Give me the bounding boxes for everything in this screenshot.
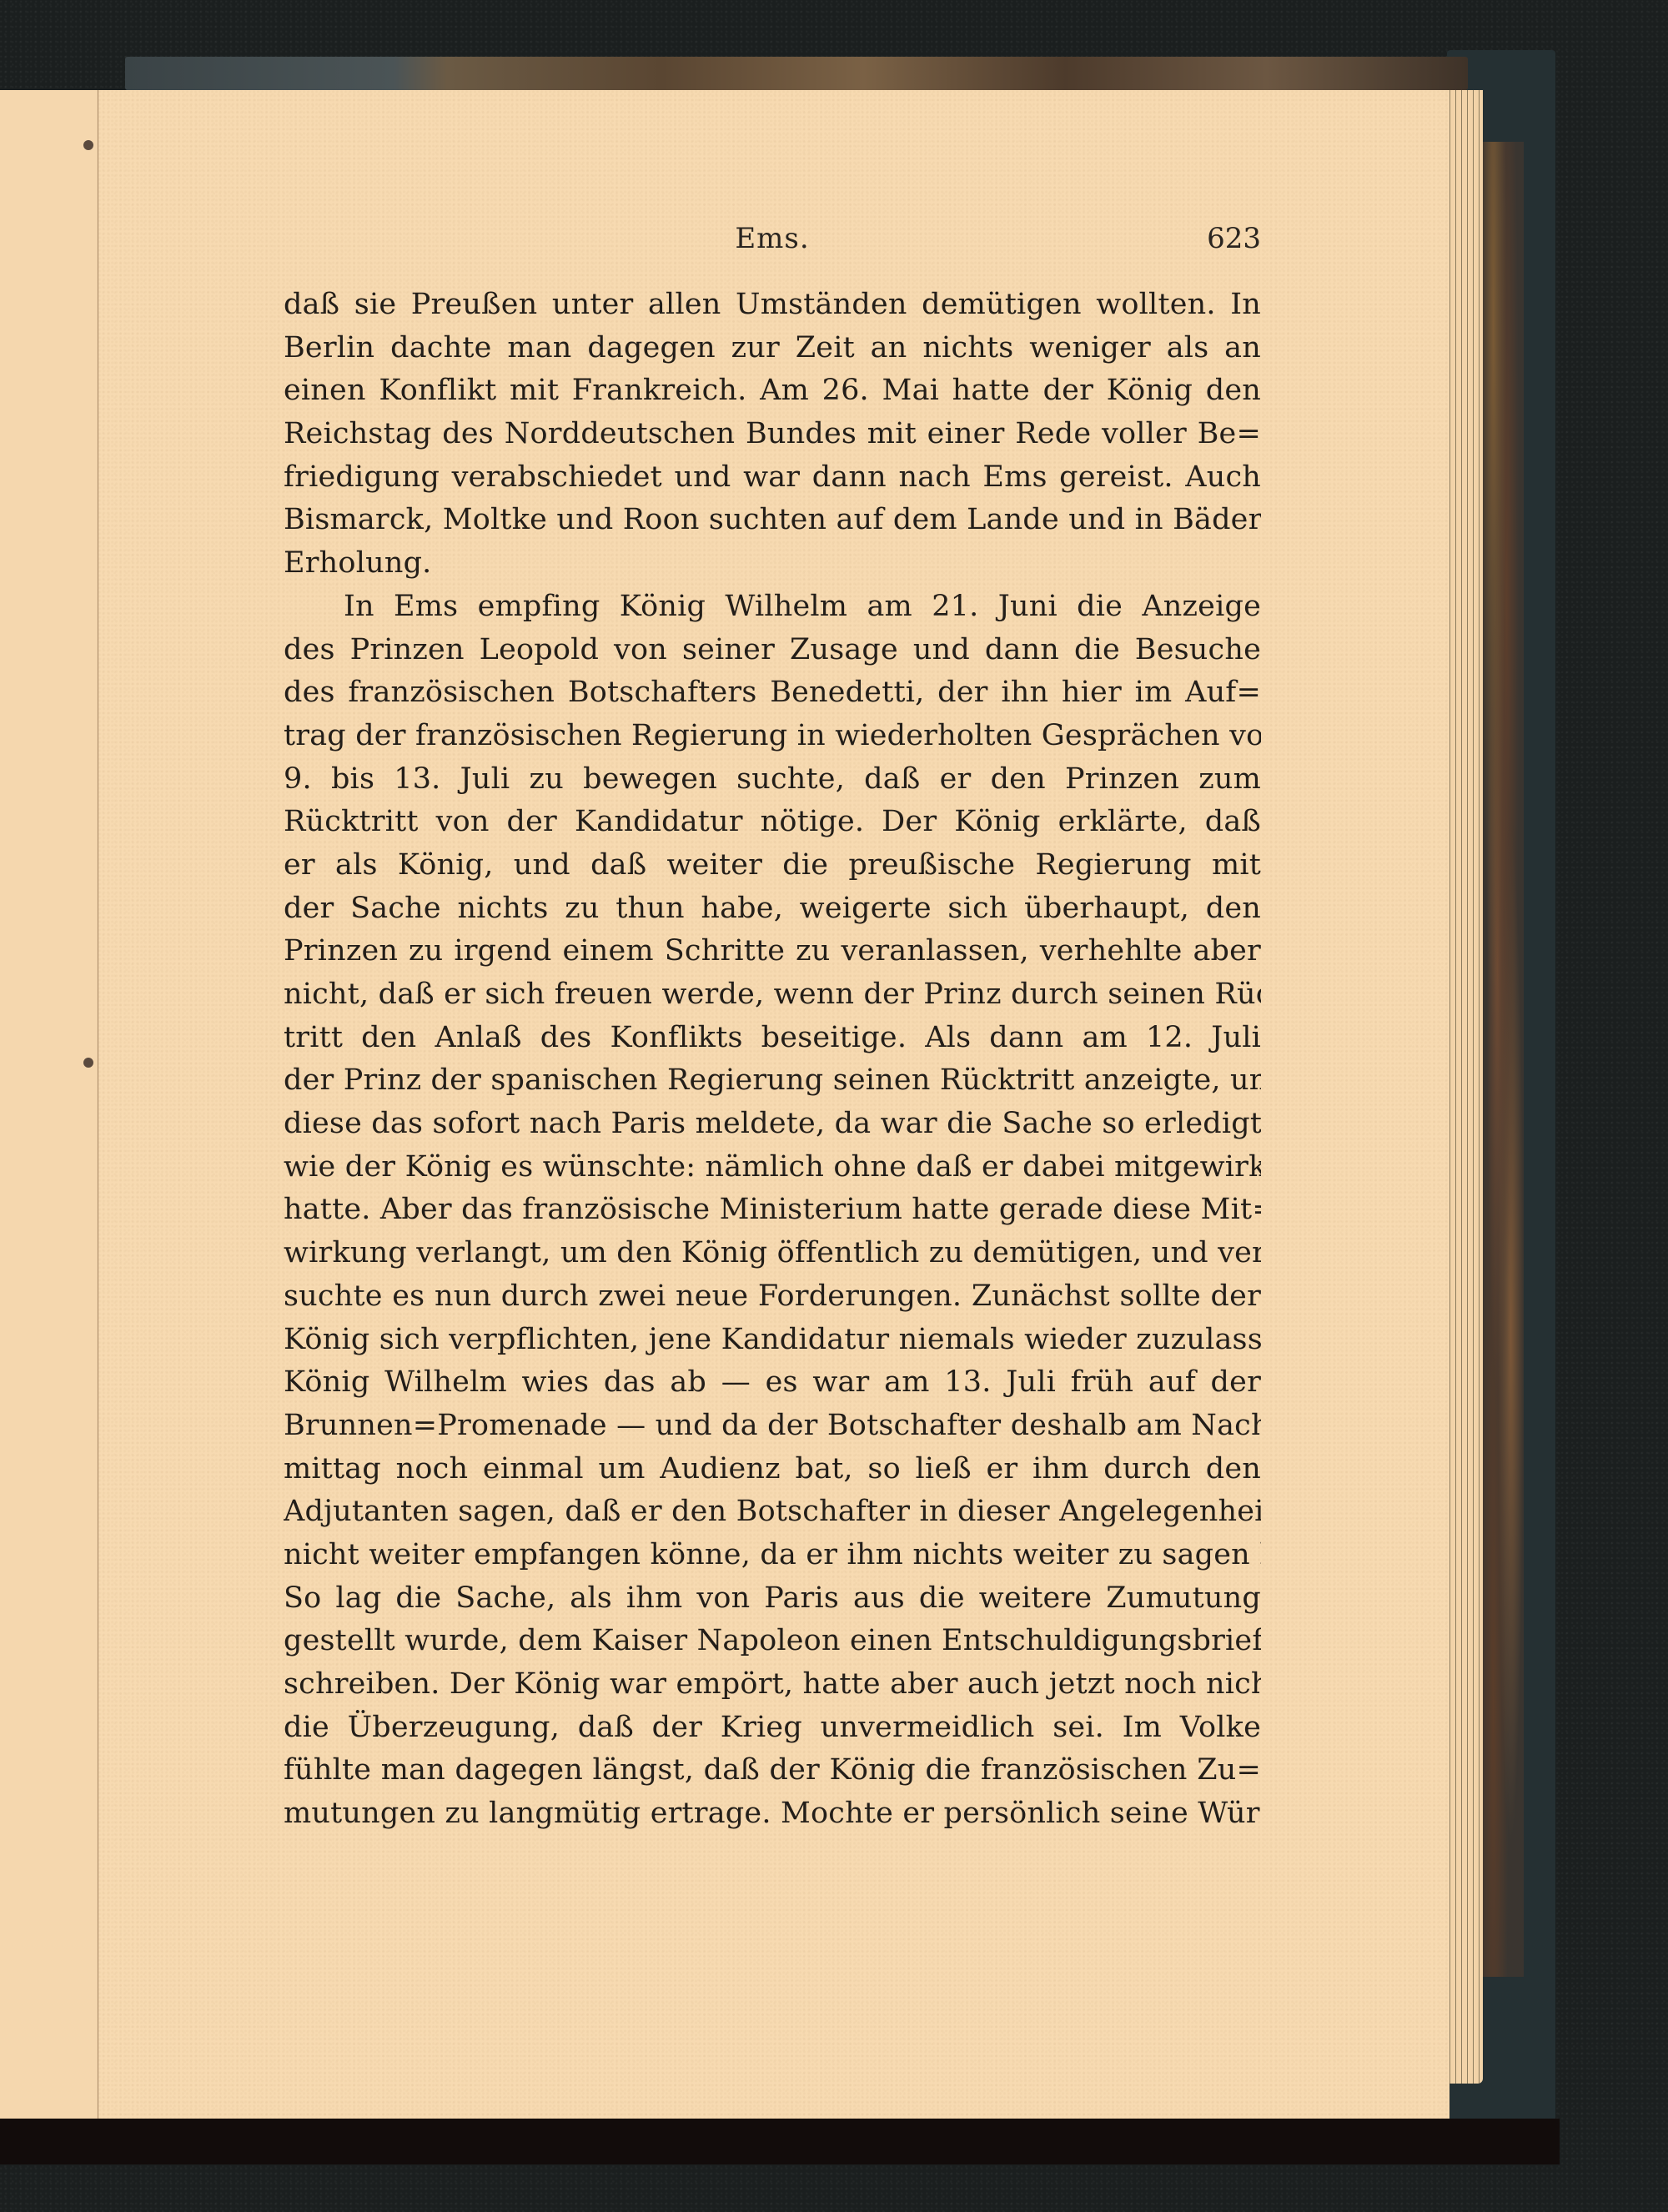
text-line: Prinzen zu irgend einem Schritte zu vera…: [284, 930, 1261, 973]
gutter-thread-mark: [83, 140, 93, 150]
text-line: nicht, daß er sich freuen werde, wenn de…: [284, 973, 1261, 1017]
book-page: Ems. 623 daß sie Preußen unter allen Ums…: [98, 90, 1449, 2119]
text-line: Bismarck, Moltke und Roon suchten auf de…: [284, 499, 1261, 542]
text-line: So lag die Sache, als ihm von Paris aus …: [284, 1577, 1261, 1621]
text-line: hatte. Aber das französische Ministerium…: [284, 1189, 1261, 1232]
text-line: wirkung verlangt, um den König öffentlic…: [284, 1232, 1261, 1275]
text-line: die Überzeugung, daß der Krieg unvermeid…: [284, 1707, 1261, 1750]
text-line: fühlte man dagegen längst, daß der König…: [284, 1749, 1261, 1792]
text-line: diese das sofort nach Paris meldete, da …: [284, 1103, 1261, 1146]
text-line: der Prinz der spanischen Regierung seine…: [284, 1059, 1261, 1103]
text-line: nicht weiter empfangen könne, da er ihm …: [284, 1534, 1261, 1577]
text-line: mutungen zu langmütig ertrage. Mochte er…: [284, 1792, 1261, 1836]
text-line: des Prinzen Leopold von seiner Zusage un…: [284, 629, 1261, 672]
top-binding-strip: [125, 57, 1468, 90]
text-line: tritt den Anlaß des Konflikts beseitige.…: [284, 1017, 1261, 1060]
paragraph: daß sie Preußen unter allen Umständen de…: [284, 284, 1261, 586]
text-line: schreiben. Der König war empört, hatte a…: [284, 1663, 1261, 1707]
running-head: Ems. 623: [284, 222, 1261, 264]
text-line: 9. bis 13. Juli zu bewegen suchte, daß e…: [284, 758, 1261, 802]
text-line: suchte es nun durch zwei neue Forderunge…: [284, 1275, 1261, 1319]
text-line: der Sache nichts zu thun habe, weigerte …: [284, 887, 1261, 931]
bottom-cover-board: [0, 2119, 1560, 2164]
text-line: gestellt wurde, dem Kaiser Napoleon eine…: [284, 1620, 1261, 1663]
text-line: einen Konflikt mit Frankreich. Am 26. Ma…: [284, 370, 1261, 413]
text-line: daß sie Preußen unter allen Umständen de…: [284, 284, 1261, 327]
body-text: daß sie Preußen unter allen Umständen de…: [284, 284, 1261, 1836]
text-line: König Wilhelm wies das ab — es war am 13…: [284, 1361, 1261, 1405]
text-line: Adjutanten sagen, daß er den Botschafter…: [284, 1491, 1261, 1534]
gutter-thread-mark: [83, 1058, 93, 1068]
page-number: 623: [1207, 222, 1261, 255]
text-line: wie der König es wünschte: nämlich ohne …: [284, 1146, 1261, 1189]
text-line: des französischen Botschafters Benedetti…: [284, 671, 1261, 715]
text-line: er als König, und daß weiter die preußis…: [284, 844, 1261, 887]
text-line: mittag noch einmal um Audienz bat, so li…: [284, 1448, 1261, 1491]
text-line: Brunnen=Promenade — und da der Botschaft…: [284, 1405, 1261, 1448]
paragraph: In Ems empfing König Wilhelm am 21. Juni…: [284, 586, 1261, 1836]
text-line: Reichstag des Norddeutschen Bundes mit e…: [284, 413, 1261, 456]
facing-left-page: [0, 90, 99, 2119]
running-title: Ems.: [284, 222, 1261, 255]
text-line: König sich verpflichten, jene Kandidatur…: [284, 1319, 1261, 1362]
text-line: trag der französischen Regierung in wied…: [284, 715, 1261, 758]
text-line: Berlin dachte man dagegen zur Zeit an ni…: [284, 327, 1261, 370]
text-line: friedigung verabschiedet und war dann na…: [284, 456, 1261, 500]
marbled-cover-edge: [1480, 142, 1524, 1977]
text-line: Rücktritt von der Kandidatur nötige. Der…: [284, 801, 1261, 844]
text-line: Erholung.: [284, 542, 1261, 586]
text-line: In Ems empfing König Wilhelm am 21. Juni…: [284, 586, 1261, 629]
